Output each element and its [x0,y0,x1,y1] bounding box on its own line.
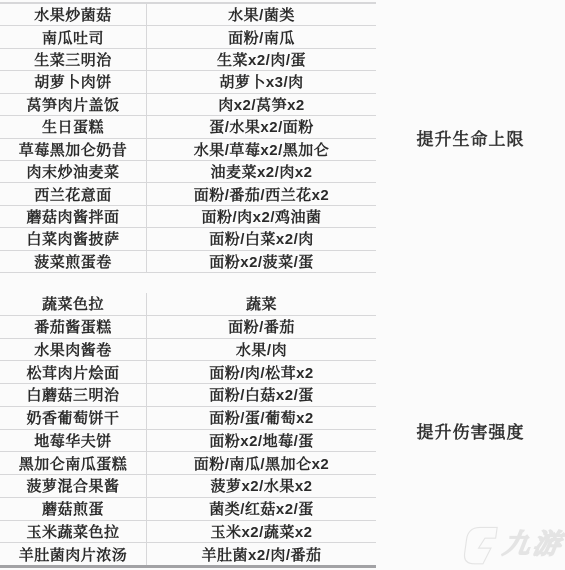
recipe-row: 草莓黑加仑奶昔水果/草莓x2/黑加仑 [0,139,376,161]
ingredients-cell: 水果/菌类 [146,4,376,25]
ingredients-cell: 水果/肉 [146,339,376,361]
ingredients-cell: 油麦菜x2/肉x2 [146,161,376,182]
recipe-row: 胡萝卜肉饼胡萝卜x3/肉 [0,71,376,93]
dish-cell: 玉米蔬菜色拉 [0,521,146,543]
dish-cell: 黑加仑南瓜蛋糕 [0,452,146,474]
recipe-row: 肉末炒油麦菜油麦菜x2/肉x2 [0,161,376,183]
dish-cell: 蘑菇煎蛋 [0,498,146,520]
recipe-row: 蘑菇肉酱拌面面粉/肉x2/鸡油菌 [0,206,376,228]
ingredients-cell: 肉x2/莴笋x2 [146,94,376,115]
dish-cell: 莴笋肉片盖饭 [0,94,146,115]
ingredients-cell: 面粉/蛋/葡萄x2 [146,407,376,429]
ingredients-cell: 面粉/肉x2/鸡油菌 [146,206,376,227]
recipe-row: 松茸肉片烩面面粉/肉/松茸x2 [0,361,376,384]
recipe-table-life: 水果炒菌菇水果/菌类南瓜吐司面粉/南瓜生菜三明治生菜x2/肉/蛋胡萝卜肉饼胡萝卜… [0,2,376,273]
ingredients-cell: 羊肚菌x2/肉/番茄 [146,543,376,565]
ingredients-cell: 胡萝卜x3/肉 [146,71,376,92]
recipe-row: 玉米蔬菜色拉玉米x2/蔬菜x2 [0,521,376,544]
recipe-row: 水果肉酱卷水果/肉 [0,339,376,362]
dish-cell: 羊肚菌肉片浓汤 [0,543,146,565]
recipe-row: 白菜肉酱披萨面粉/白菜x2/肉 [0,228,376,250]
recipe-row: 蘑菇煎蛋菌类/红菇x2/蛋 [0,498,376,521]
recipe-row: 奶香葡萄饼干面粉/蛋/葡萄x2 [0,407,376,430]
ingredients-cell: 菌类/红菇x2/蛋 [146,498,376,520]
ingredients-cell: 面粉x2/地莓/蛋 [146,430,376,452]
dish-cell: 蔬菜色拉 [0,293,146,315]
recipe-row: 生菜三明治生菜x2/肉/蛋 [0,49,376,71]
ingredients-cell: 蛋/水果x2/面粉 [146,116,376,137]
dish-cell: 生日蛋糕 [0,116,146,137]
recipe-row: 莴笋肉片盖饭肉x2/莴笋x2 [0,94,376,116]
dish-cell: 白蘑菇三明治 [0,384,146,406]
dish-cell: 西兰花意面 [0,183,146,204]
dish-cell: 番茄酱蛋糕 [0,316,146,338]
ingredients-cell: 水果/草莓x2/黑加仑 [146,139,376,160]
ingredients-cell: 蔬菜 [146,293,376,315]
dish-cell: 地莓华夫饼 [0,430,146,452]
ingredients-cell: 面粉/白菇x2/蛋 [146,384,376,406]
dish-cell: 南瓜吐司 [0,26,146,47]
recipe-row: 白蘑菇三明治面粉/白菇x2/蛋 [0,384,376,407]
dish-cell: 水果炒菌菇 [0,4,146,25]
recipe-table-damage: 蔬菜色拉蔬菜番茄酱蛋糕面粉/番茄水果肉酱卷水果/肉松茸肉片烩面面粉/肉/松茸x2… [0,293,376,568]
recipe-row: 地莓华夫饼面粉x2/地莓/蛋 [0,430,376,453]
recipe-row: 菠菜煎蛋卷面粉x2/菠菜/蛋 [0,251,376,273]
recipe-row: 南瓜吐司面粉/南瓜 [0,26,376,48]
dish-cell: 肉末炒油麦菜 [0,161,146,182]
dish-cell: 菠菜煎蛋卷 [0,251,146,272]
dish-cell: 松茸肉片烩面 [0,361,146,383]
dish-cell: 菠萝混合果酱 [0,475,146,497]
ingredients-cell: 面粉x2/菠菜/蛋 [146,251,376,272]
dish-cell: 生菜三明治 [0,49,146,70]
dish-cell: 奶香葡萄饼干 [0,407,146,429]
recipe-row: 西兰花意面面粉/番茄/西兰花x2 [0,183,376,205]
ingredients-cell: 面粉/番茄/西兰花x2 [146,183,376,204]
recipe-row: 蔬菜色拉蔬菜 [0,293,376,316]
dish-cell: 草莓黑加仑奶昔 [0,139,146,160]
section-label-damage: 提升伤害强度 [376,293,565,568]
recipe-row: 番茄酱蛋糕面粉/番茄 [0,316,376,339]
recipe-row: 羊肚菌肉片浓汤羊肚菌x2/肉/番茄 [0,543,376,565]
ingredients-cell: 面粉/南瓜/黑加仑x2 [146,452,376,474]
dish-cell: 白菜肉酱披萨 [0,228,146,249]
section-label-life-text: 提升生命上限 [417,125,525,150]
recipe-guide-screenshot: 水果炒菌菇水果/菌类南瓜吐司面粉/南瓜生菜三明治生菜x2/肉/蛋胡萝卜肉饼胡萝卜… [0,0,565,570]
section-label-life: 提升生命上限 [376,2,565,273]
ingredients-cell: 菠萝x2/水果x2 [146,475,376,497]
recipe-row: 菠萝混合果酱菠萝x2/水果x2 [0,475,376,498]
recipe-row: 水果炒菌菇水果/菌类 [0,4,376,26]
dish-cell: 水果肉酱卷 [0,339,146,361]
recipe-row: 生日蛋糕蛋/水果x2/面粉 [0,116,376,138]
dish-cell: 蘑菇肉酱拌面 [0,206,146,227]
ingredients-cell: 面粉/南瓜 [146,26,376,47]
recipe-row: 黑加仑南瓜蛋糕面粉/南瓜/黑加仑x2 [0,452,376,475]
ingredients-cell: 生菜x2/肉/蛋 [146,49,376,70]
ingredients-cell: 玉米x2/蔬菜x2 [146,521,376,543]
ingredients-cell: 面粉/白菜x2/肉 [146,228,376,249]
dish-cell: 胡萝卜肉饼 [0,71,146,92]
ingredients-cell: 面粉/肉/松茸x2 [146,361,376,383]
section-label-damage-text: 提升伤害强度 [417,418,525,443]
ingredients-cell: 面粉/番茄 [146,316,376,338]
